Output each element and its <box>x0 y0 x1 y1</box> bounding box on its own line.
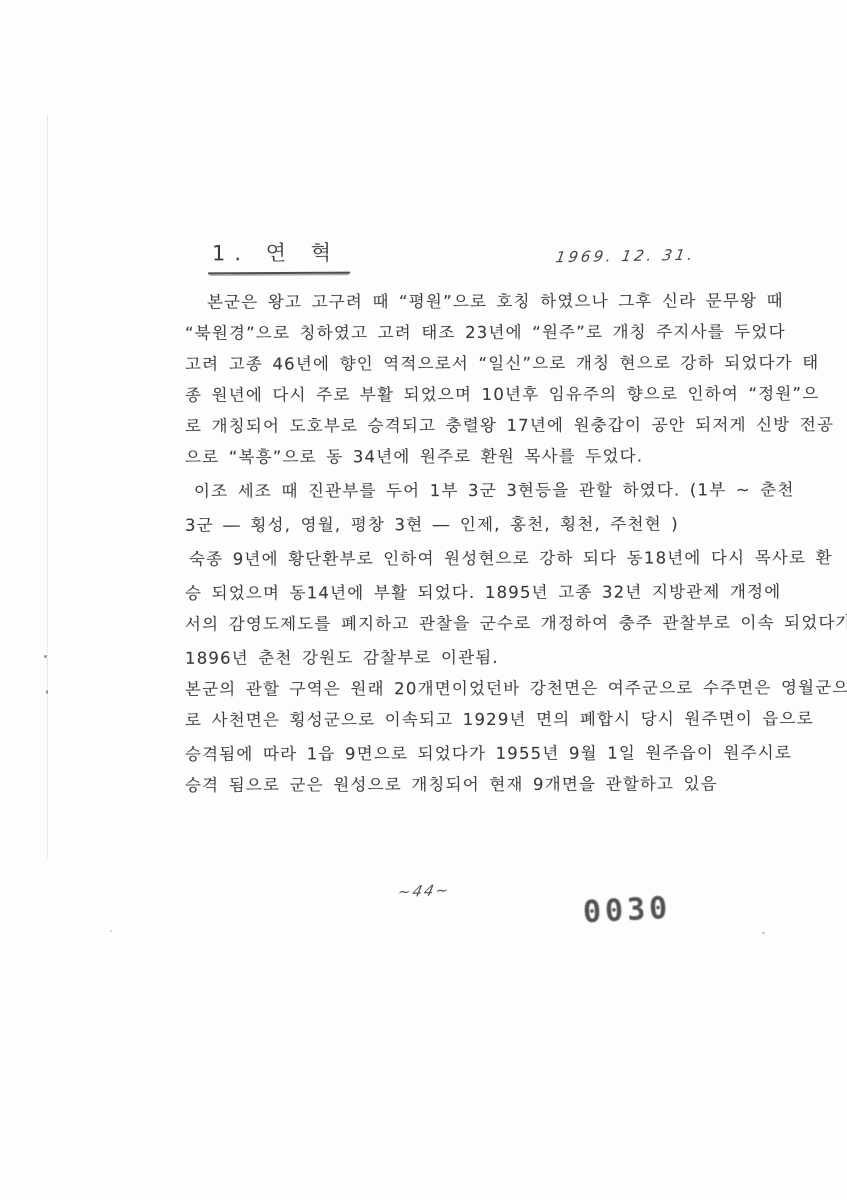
scan-speck <box>46 690 48 694</box>
scan-speck <box>110 930 112 932</box>
body-line: 로 사천면은 횡성군으로 이속되고 1929년 면의 폐합시 당시 원주면이 읍… <box>185 703 751 735</box>
body-line: 고려 고종 46년에 향인 역적으로서 “일신”으로 개칭 현으로 강하 되었다… <box>185 347 751 379</box>
body-line: 숙종 9년에 황단환부로 인하여 원성현으로 강하 되다 동18년에 다시 목사… <box>185 542 751 574</box>
body-line: “북원경”으로 칭하였고 고려 태조 23년에 “원주”로 개칭 주지사를 두었… <box>185 316 751 348</box>
body-line: 3군 ― 횡성, 영월, 평창 3현 ― 인제, 홍천, 횡천, 주천현 ) <box>185 508 751 540</box>
body-line: 로 개칭되어 도호부로 승격되고 충렬왕 17년에 원충갑이 공안 되저게 신방… <box>185 409 751 441</box>
scan-speck <box>44 655 47 658</box>
body-line: 승격 됨으로 군은 원성으로 개칭되어 현재 9개면을 관할하고 있음 <box>185 768 751 800</box>
body-line: 으로 “복흥”으로 동 34년에 원주로 환원 목사를 두었다. <box>185 440 751 472</box>
scanned-document-page: 1. 연 혁 1969. 12. 31. 본군은 왕고 고구려 때 “평원”으로… <box>0 0 847 1200</box>
scan-edge-artifact <box>47 116 48 858</box>
body-line: 이조 세조 때 진관부를 두어 1부 3군 3현등을 관할 하였다. (1부 ~… <box>185 474 751 506</box>
body-line: 본군은 왕고 고구려 때 “평원”으로 호칭 하였으나 그후 신라 문무왕 때 <box>185 285 751 317</box>
body-line: 서의 감영도제도를 폐지하고 관찰을 군수로 개정하여 충주 관찰부로 이속 되… <box>185 607 751 639</box>
body-line: 종 원년에 다시 주로 부활 되었으며 10년후 임유주의 향으로 인하여 “정… <box>185 378 751 410</box>
document-date: 1969. 12. 31. <box>554 246 696 266</box>
document-title: 1. 연 혁 <box>208 237 350 275</box>
body-line: 승 되었으며 동14년에 부활 되었다. 1895년 고종 32년 지방관제 개… <box>185 576 751 608</box>
body-line: 1896년 춘천 강원도 감찰부로 이관됨. <box>185 641 751 673</box>
page-stamp: 0030 <box>582 891 672 931</box>
page-number: ~44~ <box>396 881 452 901</box>
body-line: 본군의 관할 구역은 원래 20개면이었던바 강천면은 여주군으로 수주면은 영… <box>185 672 751 704</box>
scan-speck <box>762 932 765 934</box>
body-line: 승격됨에 따라 1읍 9면으로 되었다가 1955년 9월 1일 원주읍이 원주… <box>185 737 751 769</box>
document-body: 본군은 왕고 고구려 때 “평원”으로 호칭 하였으나 그후 신라 문무왕 때 … <box>185 286 751 800</box>
